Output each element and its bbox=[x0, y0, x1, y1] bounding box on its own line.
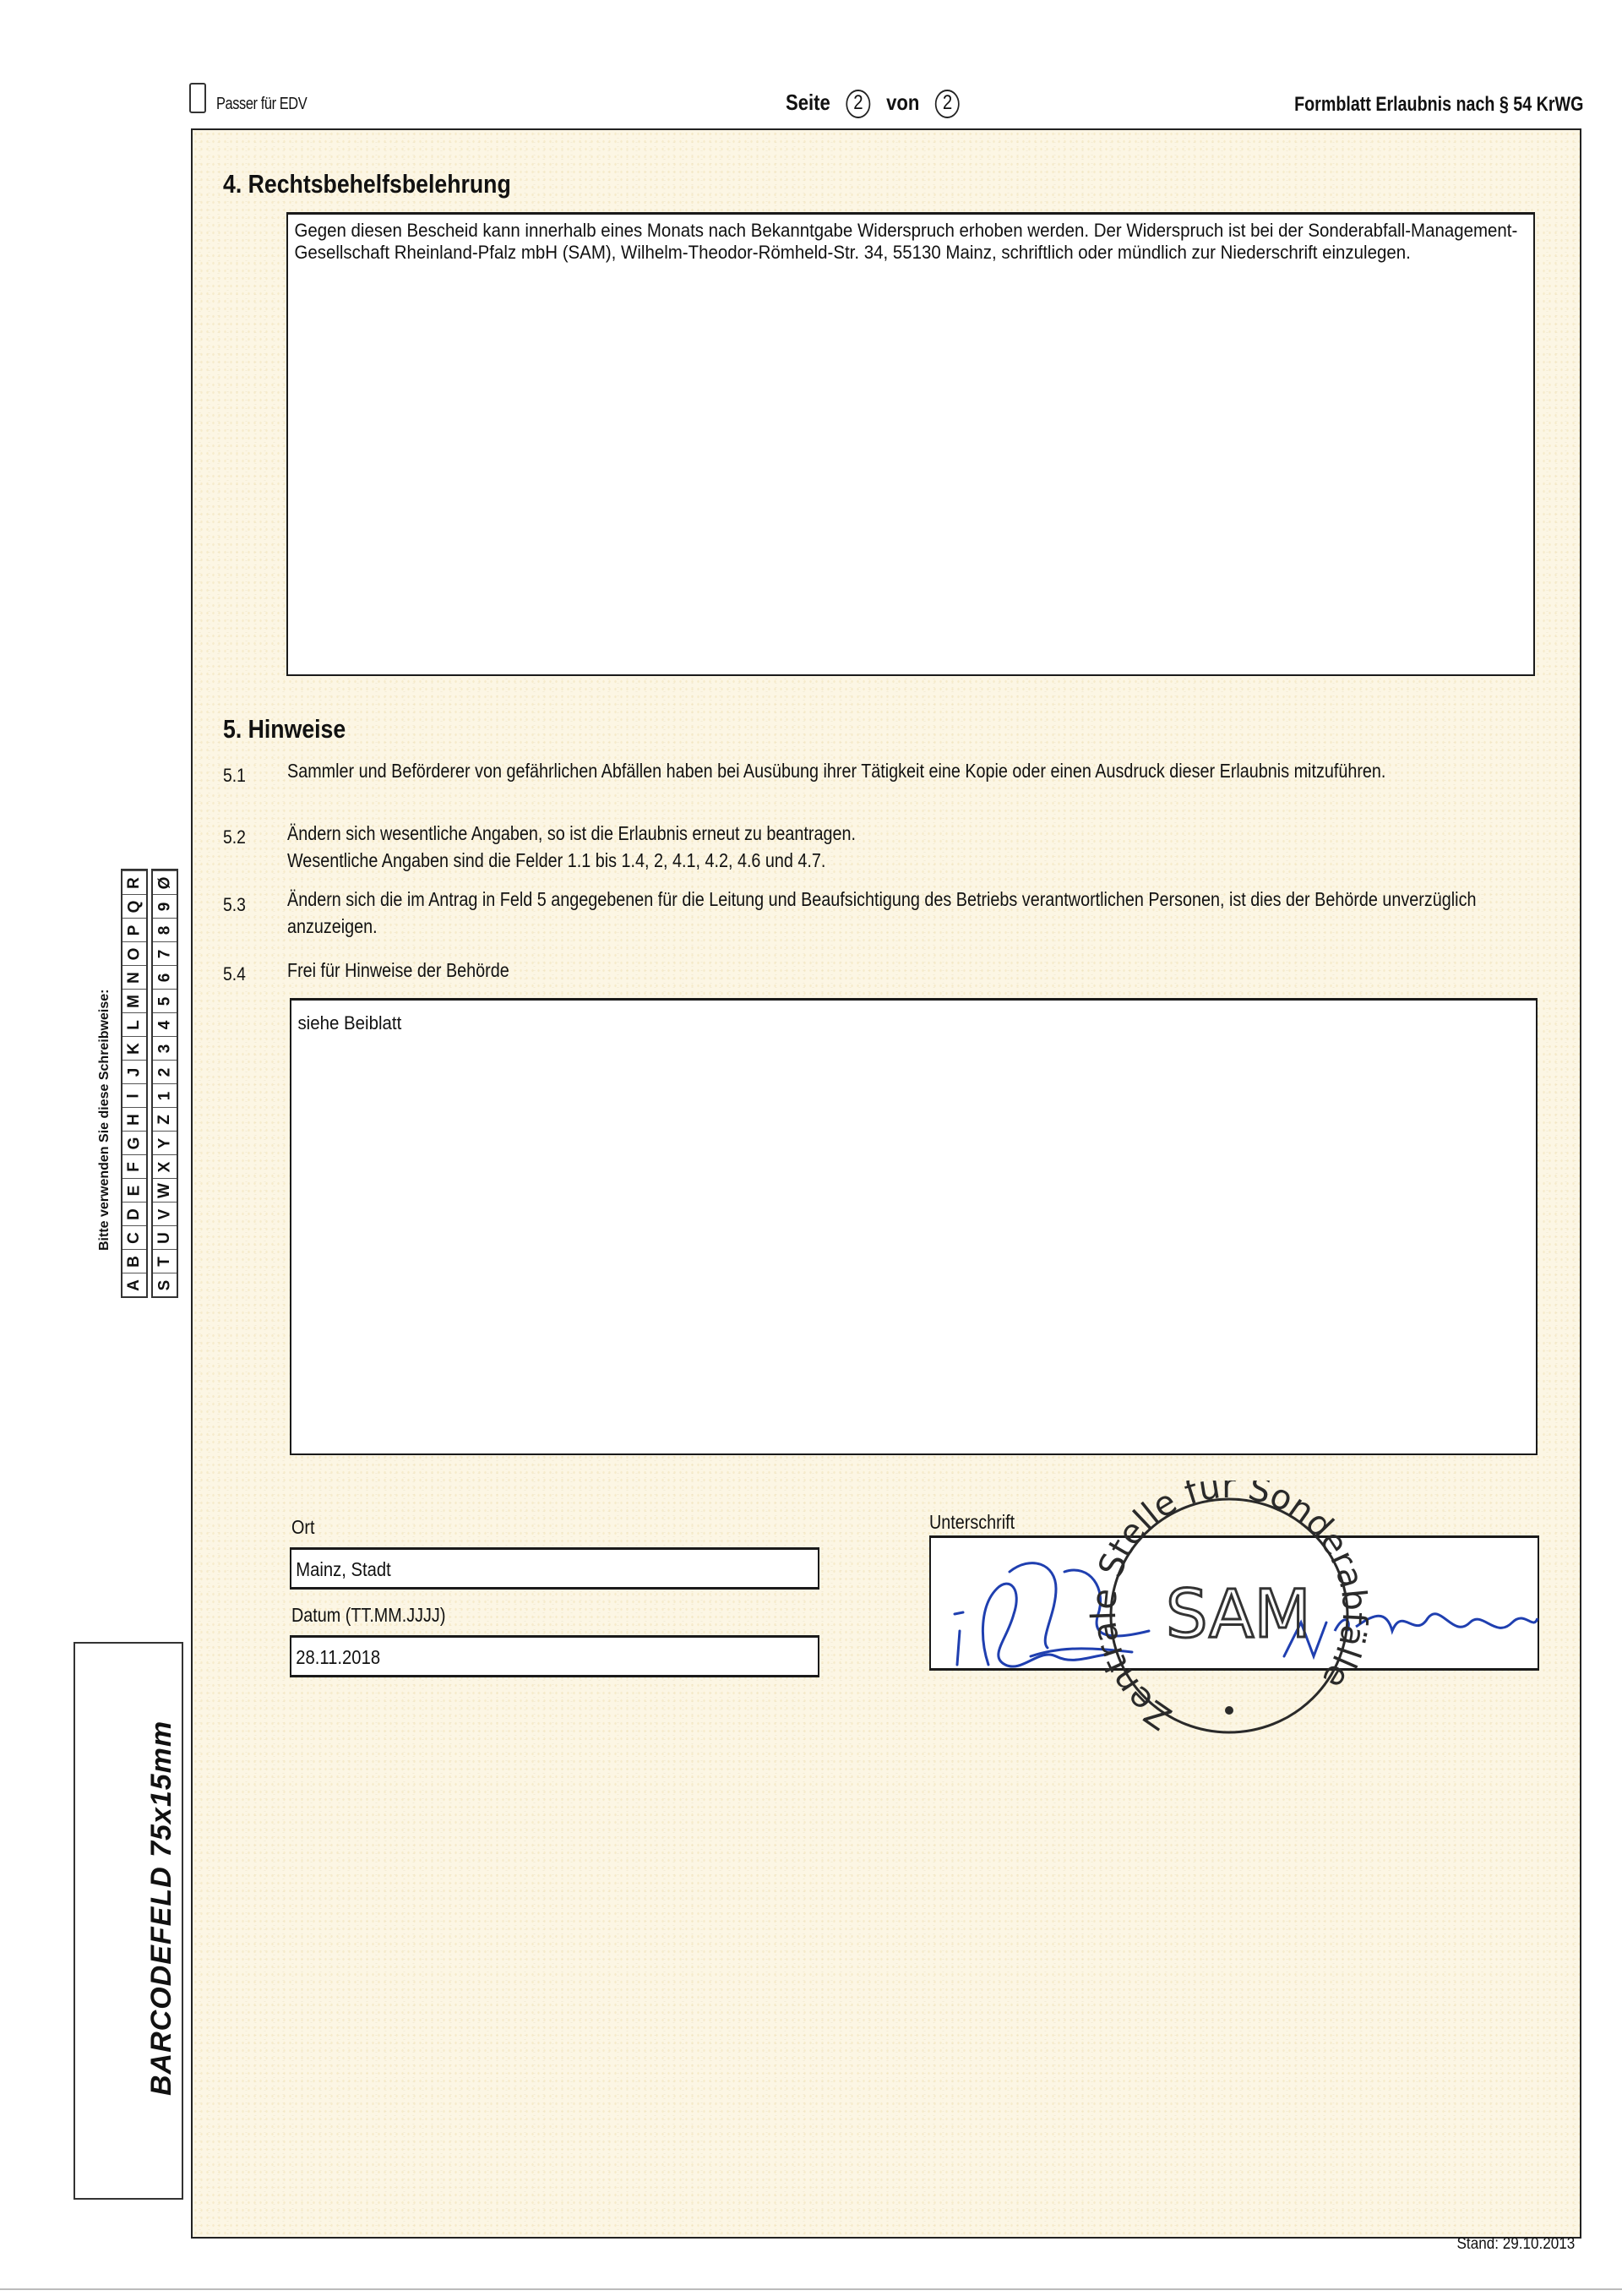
char-guide-glyph: L bbox=[125, 1020, 144, 1030]
char-guide-cell: 9 bbox=[153, 894, 177, 918]
char-guide-cell: W bbox=[153, 1178, 177, 1202]
char-guide-glyph: S bbox=[155, 1279, 174, 1290]
hint-5-2-number: 5.2 bbox=[223, 826, 246, 848]
char-guide-cell: M bbox=[122, 989, 146, 1012]
hint-5-3-text: Ändern sich die im Antrag in Feld 5 ange… bbox=[287, 886, 1515, 940]
page-word: Seite bbox=[786, 90, 830, 115]
section-4-title: 4. Rechtsbehelfsbelehrung bbox=[223, 169, 511, 199]
char-guide-cell: 5 bbox=[153, 989, 177, 1012]
char-guide-glyph: 2 bbox=[155, 1067, 174, 1077]
page-bottom-rule bbox=[0, 2288, 1622, 2290]
char-guide-glyph: F bbox=[125, 1162, 144, 1172]
char-guide-cell: Z bbox=[153, 1107, 177, 1131]
datum-field[interactable]: 28.11.2018 bbox=[290, 1635, 819, 1677]
char-guide-cell: N bbox=[122, 965, 146, 989]
hint-5-3-number: 5.3 bbox=[223, 894, 246, 916]
char-guide-glyph: H bbox=[125, 1114, 144, 1126]
char-guide-glyph: 1 bbox=[155, 1091, 174, 1100]
char-guide-glyph: T bbox=[155, 1257, 174, 1267]
char-guide-cell: U bbox=[153, 1225, 177, 1249]
char-guide-glyph: K bbox=[125, 1043, 144, 1055]
hint-5-1-text: Sammler und Beförderer von gefährlichen … bbox=[287, 757, 1515, 784]
char-guide-glyph: X bbox=[155, 1161, 174, 1172]
char-guide-cell: Y bbox=[153, 1131, 177, 1154]
char-guide-glyph: N bbox=[125, 972, 144, 984]
char-guide-glyph: 3 bbox=[155, 1044, 174, 1053]
char-guide-cell: 3 bbox=[153, 1036, 177, 1060]
char-guide-glyph: 6 bbox=[155, 973, 174, 982]
hint-5-1-number: 5.1 bbox=[223, 765, 246, 787]
char-guide-cell: D bbox=[122, 1202, 146, 1225]
char-guide-glyph: O bbox=[125, 947, 144, 960]
char-guide-glyph: U bbox=[155, 1232, 174, 1244]
char-guide-cell: R bbox=[122, 870, 146, 894]
ort-label: Ort bbox=[291, 1516, 314, 1539]
char-guide-glyph: Y bbox=[155, 1137, 174, 1148]
char-guide-grid: ABCDEFGHIJKLMNOPQR STUVWXYZ123456789Ø bbox=[121, 869, 180, 1298]
char-guide-cell: T bbox=[153, 1249, 177, 1273]
char-guide-cell: K bbox=[122, 1036, 146, 1060]
char-guide-cell: Q bbox=[122, 894, 146, 918]
char-guide-glyph: C bbox=[125, 1232, 144, 1244]
char-guide-cell: I bbox=[122, 1083, 146, 1107]
char-guide-row-2: STUVWXYZ123456789Ø bbox=[151, 869, 178, 1298]
form-version-date: Stand: 29.10.2013 bbox=[1456, 2235, 1575, 2254]
char-guide-glyph: I bbox=[125, 1093, 144, 1098]
char-guide-glyph: D bbox=[125, 1208, 144, 1220]
char-guide-cell: G bbox=[122, 1131, 146, 1154]
char-guide-cell: B bbox=[122, 1249, 146, 1273]
unterschrift-label: Unterschrift bbox=[929, 1511, 1015, 1534]
char-guide-cell: Ø bbox=[153, 870, 177, 894]
char-guide-cell: 8 bbox=[153, 918, 177, 941]
char-guide-glyph: B bbox=[125, 1256, 144, 1268]
authority-notes-box[interactable]: siehe Beiblatt bbox=[290, 998, 1538, 1455]
char-guide-glyph: W bbox=[155, 1183, 174, 1198]
char-guide-cell: X bbox=[153, 1154, 177, 1178]
char-guide-glyph: J bbox=[125, 1067, 144, 1077]
passer-checkbox[interactable] bbox=[189, 83, 206, 113]
ort-value: Mainz, Stadt bbox=[291, 1550, 754, 1590]
page-indicator: Seite2von2 bbox=[786, 90, 976, 118]
char-guide-cell: E bbox=[122, 1178, 146, 1202]
char-guide-glyph: Ø bbox=[155, 876, 174, 889]
char-guide-cell: 1 bbox=[153, 1083, 177, 1107]
char-guide-cell: H bbox=[122, 1107, 146, 1131]
char-guide-cell: L bbox=[122, 1012, 146, 1036]
char-guide-cell: 4 bbox=[153, 1012, 177, 1036]
page-of-word: von bbox=[886, 90, 919, 115]
char-guide-cell: 6 bbox=[153, 965, 177, 989]
char-guide-glyph: M bbox=[125, 995, 144, 1008]
char-guide-glyph: 7 bbox=[155, 949, 174, 958]
char-guide-cell: J bbox=[122, 1060, 146, 1083]
hint-5-2-text-2: Wesentliche Angaben sind die Felder 1.1 … bbox=[287, 847, 1515, 874]
legal-remedy-text: Gegen diesen Bescheid kann innerhalb ein… bbox=[288, 215, 1540, 269]
char-guide-cell: S bbox=[153, 1273, 177, 1296]
barcode-label: BARCODEFELD 75x15mm bbox=[145, 1721, 178, 2096]
char-guide-cell: 7 bbox=[153, 941, 177, 965]
page-current-badge: 2 bbox=[846, 90, 871, 118]
char-guide-glyph: E bbox=[125, 1185, 144, 1196]
char-guide-glyph: P bbox=[125, 924, 144, 935]
char-guide-cell: P bbox=[122, 918, 146, 941]
char-guide-cell: F bbox=[122, 1154, 146, 1178]
char-guide-glyph: G bbox=[125, 1137, 144, 1149]
page-total-badge: 2 bbox=[935, 90, 960, 118]
char-guide-row-1: ABCDEFGHIJKLMNOPQR bbox=[121, 869, 148, 1298]
char-guide-cell: C bbox=[122, 1225, 146, 1249]
hint-5-4-number: 5.4 bbox=[223, 963, 246, 985]
char-guide-glyph: R bbox=[125, 877, 144, 889]
ort-field[interactable]: Mainz, Stadt bbox=[290, 1547, 819, 1590]
char-guide-glyph: 4 bbox=[155, 1020, 174, 1029]
legal-remedy-box: Gegen diesen Bescheid kann innerhalb ein… bbox=[286, 212, 1535, 676]
char-guide-cell: O bbox=[122, 941, 146, 965]
char-guide-glyph: V bbox=[155, 1208, 174, 1219]
passer-label: Passer für EDV bbox=[216, 95, 307, 114]
char-guide-cell: 2 bbox=[153, 1060, 177, 1083]
char-guide-cell: A bbox=[122, 1273, 146, 1296]
char-guide-glyph: 8 bbox=[155, 925, 174, 935]
char-guide-cell: V bbox=[153, 1202, 177, 1225]
hint-5-2-text: Ändern sich wesentliche Angaben, so ist … bbox=[287, 820, 1515, 847]
hint-5-4-text: Frei für Hinweise der Behörde bbox=[287, 957, 1515, 984]
char-guide-glyph: 9 bbox=[155, 902, 174, 911]
authority-notes-value: siehe Beiblatt bbox=[291, 1001, 1543, 1039]
handwritten-signature-icon bbox=[929, 1538, 1546, 1673]
datum-value: 28.11.2018 bbox=[291, 1638, 754, 1677]
section-5-title: 5. Hinweise bbox=[223, 714, 346, 744]
datum-label: Datum (TT.MM.JJJJ) bbox=[291, 1604, 445, 1627]
char-guide-glyph: 5 bbox=[155, 996, 174, 1006]
char-guide-glyph: Z bbox=[155, 1115, 174, 1125]
form-title: Formblatt Erlaubnis nach § 54 KrWG bbox=[1294, 93, 1583, 117]
char-guide-glyph: A bbox=[125, 1279, 144, 1291]
char-guide-glyph: Q bbox=[125, 900, 144, 913]
char-guide-label: Bitte verwenden Sie diese Schreibweise: bbox=[97, 990, 112, 1251]
